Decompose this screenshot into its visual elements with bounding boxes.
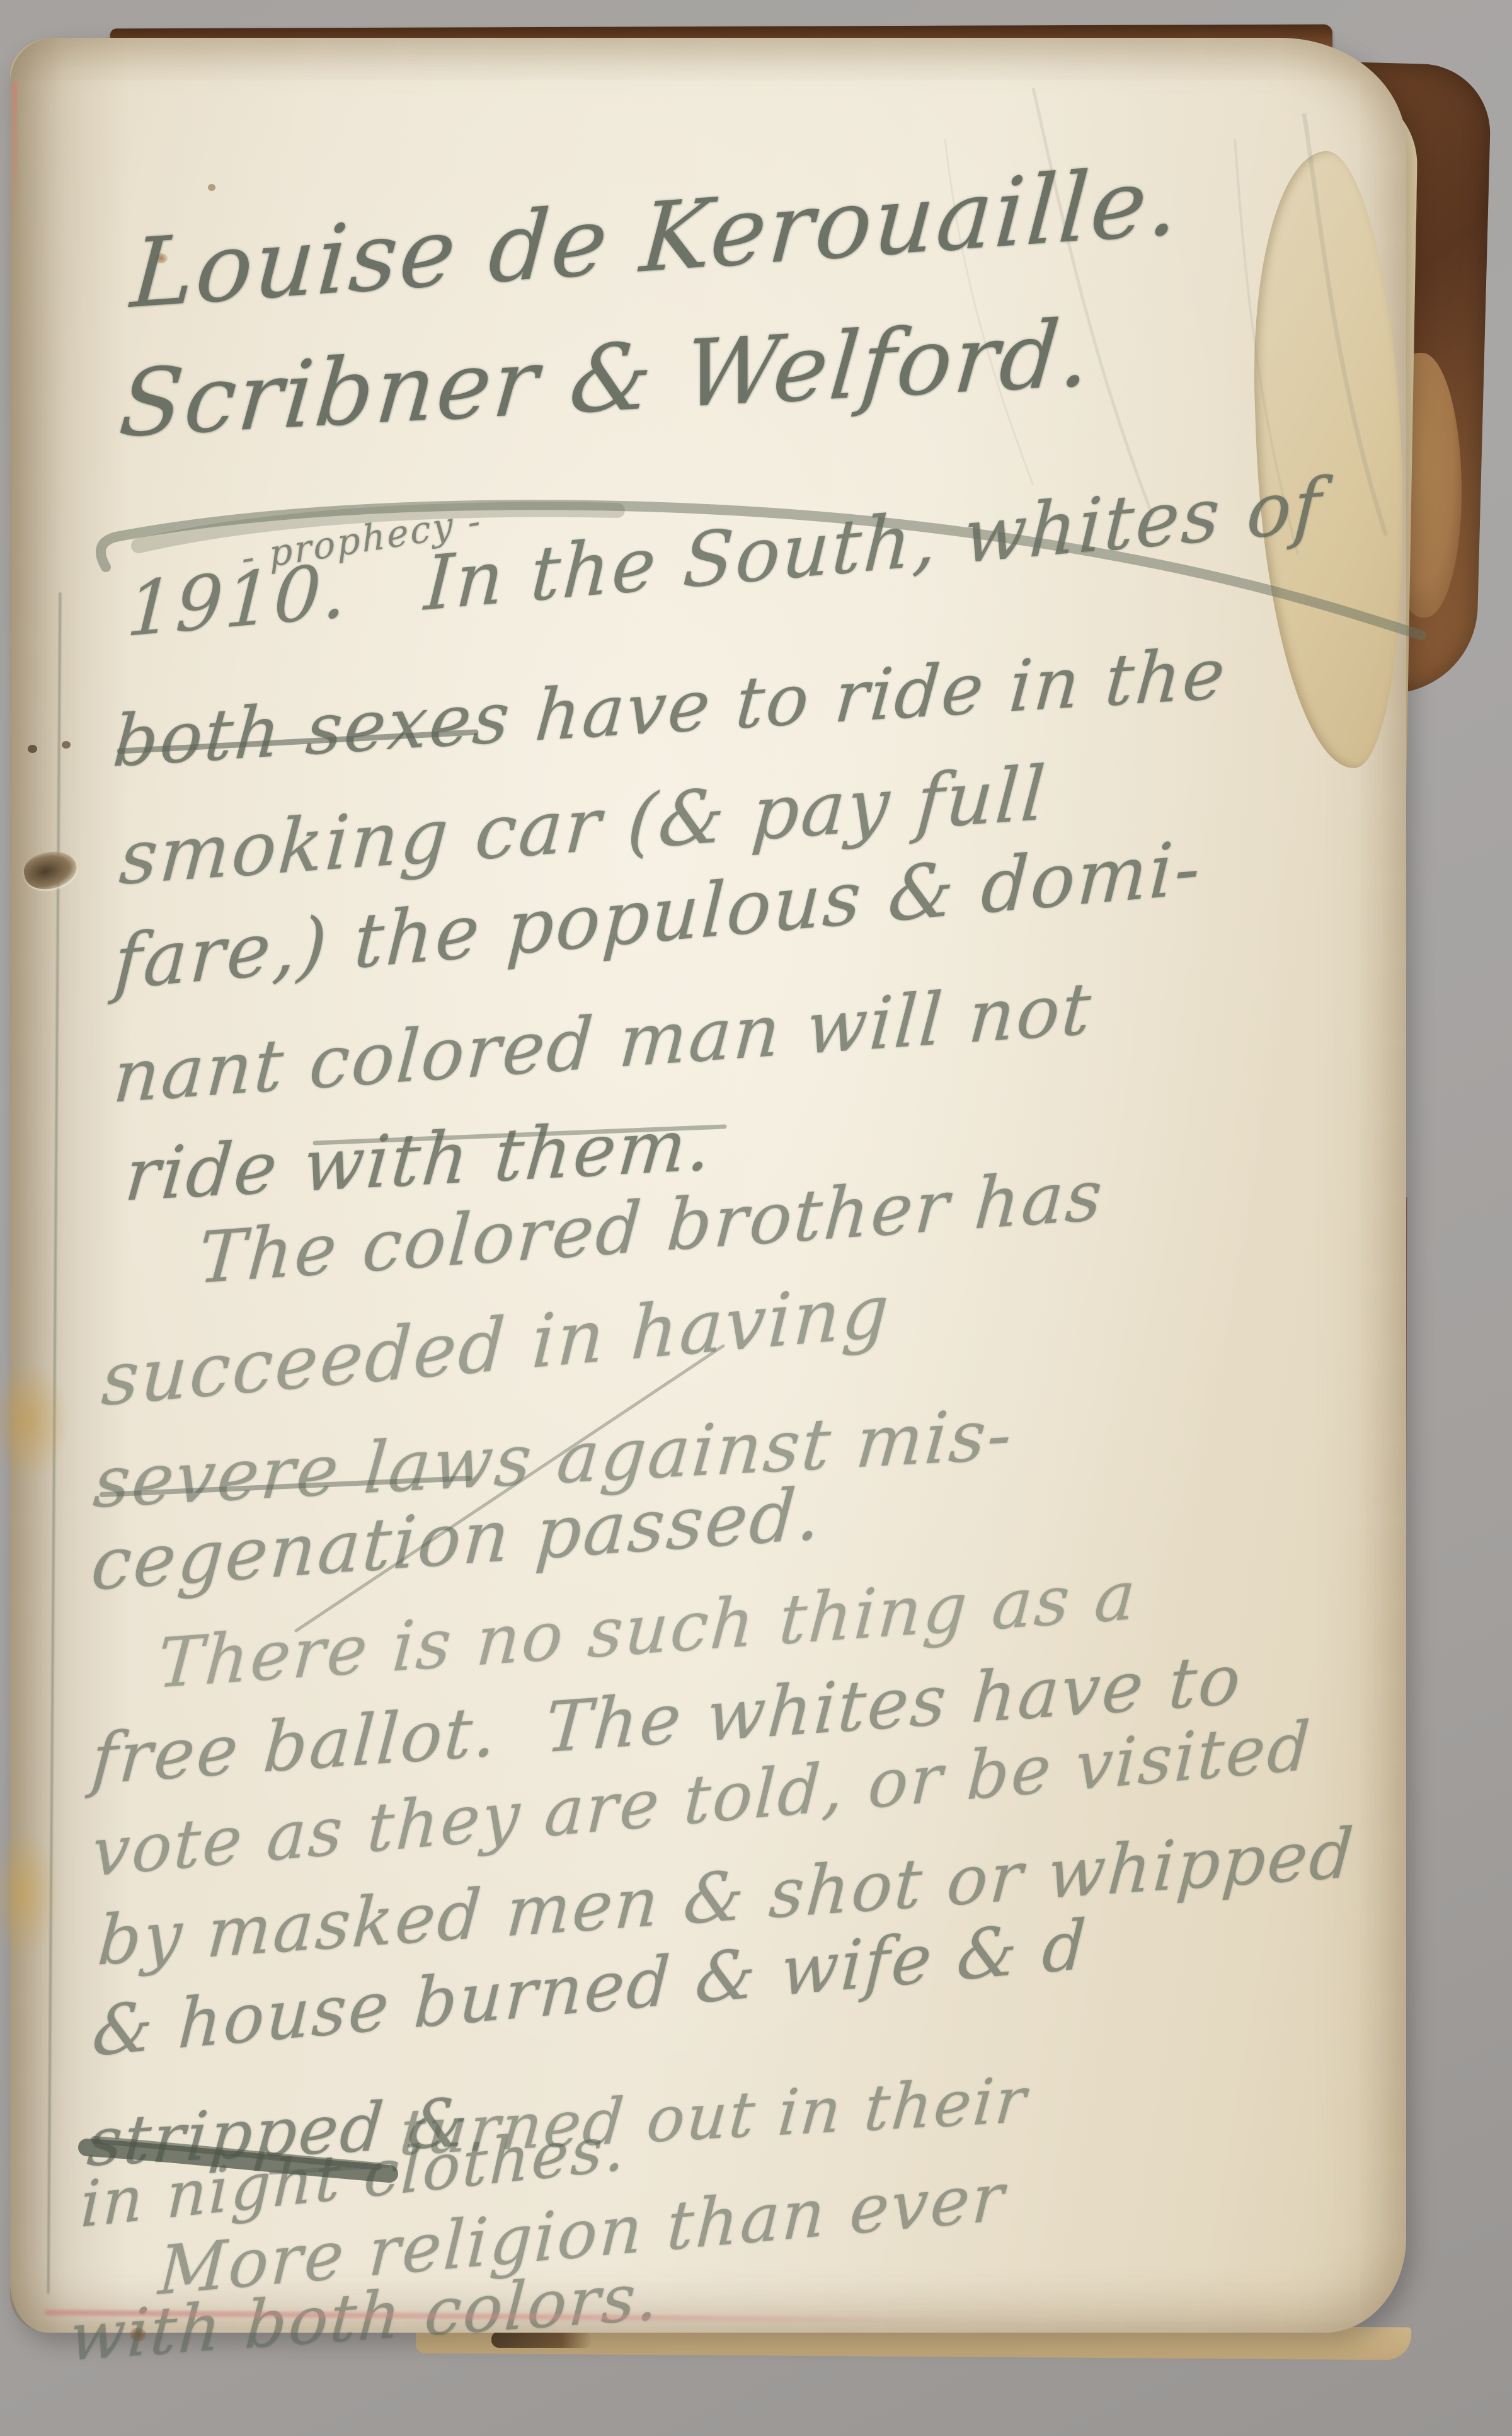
notebook-photo: Louise de Kerouaille. Scribner & Welford… [0,0,1512,2436]
gutter-shadow [10,38,130,2333]
sewing-hole [62,741,71,749]
left-edge-pink-tinge [13,82,17,233]
sewing-hole [28,745,37,753]
stain-dot [208,184,215,191]
